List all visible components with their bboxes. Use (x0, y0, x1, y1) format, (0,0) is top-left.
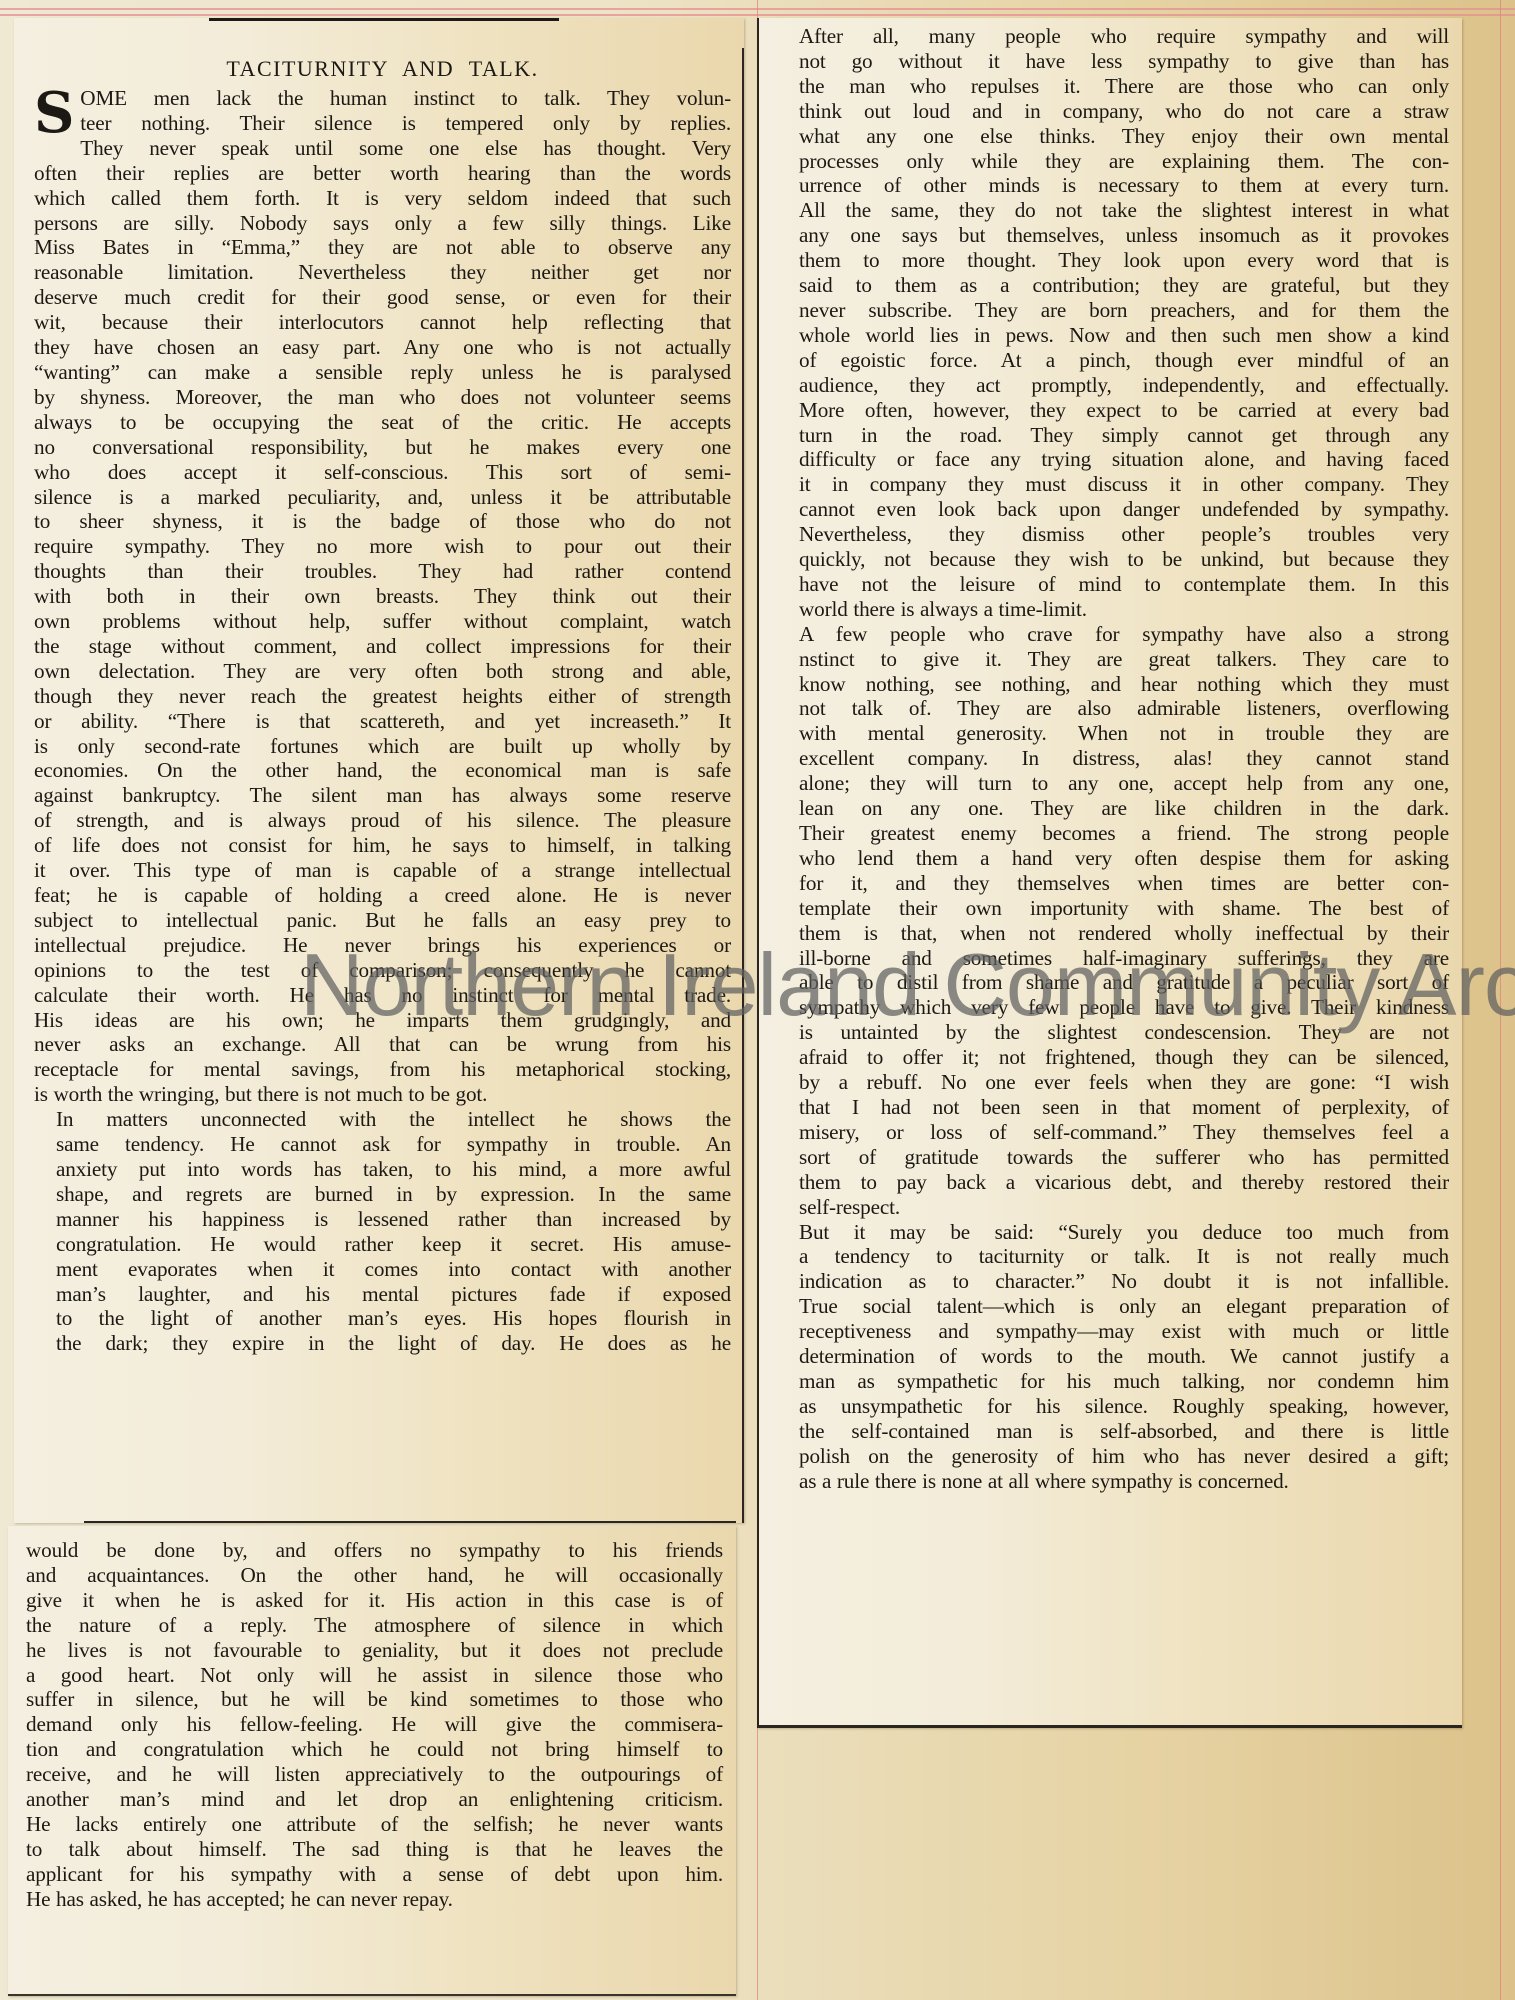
text-line: congratulation. He would rather keep it … (34, 1232, 731, 1257)
text-line: polish on the generosity of him who has … (777, 1444, 1449, 1469)
text-line: shape, and regrets are burned in by expr… (34, 1182, 731, 1207)
text-line: the self-contained man is self-absorbed,… (777, 1419, 1449, 1444)
text-line: opinions to the test of comparison; cons… (34, 958, 731, 983)
text-line: Miss Bates in “Emma,” they are not able … (34, 235, 731, 260)
text-line: never asks an exchange. All that can be … (34, 1032, 731, 1057)
text-line: require sympathy. They no more wish to p… (34, 534, 731, 559)
paragraph-continued: would be done by, and offers no sympathy… (26, 1538, 723, 1912)
text-line: lean on any one. They are like children … (777, 796, 1449, 821)
text-line: audience, they act promptly, independent… (777, 373, 1449, 398)
text-line: cannot even look back upon danger undefe… (777, 497, 1449, 522)
text-line: Nevertheless, they dismiss other people’… (777, 522, 1449, 547)
text-line: not talk of. They are also admirable lis… (777, 696, 1449, 721)
paragraph-3: After all, many people who require sympa… (777, 24, 1449, 622)
text-line: intellectual prejudice. He never brings … (34, 933, 731, 958)
text-line: own delectation. They are very often bot… (34, 659, 731, 684)
text-line: receptiveness and sympathy—may exist wit… (777, 1319, 1449, 1344)
text-line: always to be occupying the seat of the c… (34, 410, 731, 435)
text-line: the nature of a reply. The atmosphere of… (26, 1613, 723, 1638)
text-line: the dark; they expire in the light of da… (34, 1331, 731, 1356)
text-line: In matters unconnected with the intellec… (34, 1107, 731, 1132)
text-line: subject to intellectual panic. But he fa… (34, 908, 731, 933)
text-line: it over. This type of man is capable of … (34, 858, 731, 883)
text-line: what any one else thinks. They enjoy the… (777, 124, 1449, 149)
text-line: and acquaintances. On the other hand, he… (26, 1563, 723, 1588)
text-line: manner his happiness is lessened rather … (34, 1207, 731, 1232)
text-line: indication as to character.” No doubt it… (777, 1269, 1449, 1294)
text-line: would be done by, and offers no sympathy… (26, 1538, 723, 1563)
text-line: though they never reach the greatest hei… (34, 684, 731, 709)
clipping-right-column: After all, many people who require sympa… (757, 18, 1462, 1728)
text-line: teer nothing. Their silence is tempered … (34, 111, 731, 136)
text-line: More often, however, they expect to be c… (777, 398, 1449, 423)
text-line: difficulty or face any trying situation … (777, 447, 1449, 472)
text-line: no conversational responsibility, but he… (34, 435, 731, 460)
text-line: he lives is not favourable to geniality,… (26, 1638, 723, 1663)
text-line: the stage without comment, and collect i… (34, 634, 731, 659)
text-line: thoughts than their troubles. They had r… (34, 559, 731, 584)
text-line: deserve much credit for their good sense… (34, 285, 731, 310)
text-line: sort of gratitude towards the sufferer w… (777, 1145, 1449, 1170)
text-line: feat; he is capable of holding a creed a… (34, 883, 731, 908)
text-line: a tendency to taciturnity or talk. It is… (777, 1244, 1449, 1269)
text-line: by shyness. Moreover, the man who does n… (34, 385, 731, 410)
text-line: as unsympathetic for his silence. Roughl… (777, 1394, 1449, 1419)
text-line: have not the leisure of mind to contempl… (777, 572, 1449, 597)
ledger-line-right (1500, 0, 1501, 2000)
text-line: excellent company. In distress, alas! th… (777, 746, 1449, 771)
text-line: quickly, not because they wish to be unk… (777, 547, 1449, 572)
text-line: another man’s mind and let drop an enlig… (26, 1787, 723, 1812)
text-line: is untainted by the slightest condescens… (777, 1020, 1449, 1045)
text-line: sympathy which very few people have to g… (777, 995, 1449, 1020)
text-line: with both in their own breasts. They thi… (34, 584, 731, 609)
text-line: as a rule there is none at all where sym… (777, 1469, 1449, 1494)
text-line: often their replies are better worth hea… (34, 161, 731, 186)
text-line: urrence of other minds is necessary to t… (777, 173, 1449, 198)
article-title: TACITURNITY AND TALK. (34, 56, 731, 82)
text-line: man’s laughter, and his mental pictures … (34, 1282, 731, 1307)
text-line: nstinct to give it. They are great talke… (777, 647, 1449, 672)
text-line: suffer in silence, but he will be kind s… (26, 1687, 723, 1712)
text-line: man as sympathetic for his much talking,… (777, 1369, 1449, 1394)
text-line: All the same, they do not take the sligh… (777, 198, 1449, 223)
text-line: economies. On the other hand, the econom… (34, 758, 731, 783)
text-line: His ideas are his own; he imparts them g… (34, 1008, 731, 1033)
text-line: reasonable limitation. Nevertheless they… (34, 260, 731, 285)
text-line: or ability. “There is that scattereth, a… (34, 709, 731, 734)
text-line: alone; they will turn to any one, accept… (777, 771, 1449, 796)
text-line: same tendency. He cannot ask for sympath… (34, 1132, 731, 1157)
text-line: by a rebuff. No one ever feels when they… (777, 1070, 1449, 1095)
text-line: know nothing, see nothing, and hear noth… (777, 672, 1449, 697)
text-line: to sheer shyness, it is the badge of tho… (34, 509, 731, 534)
text-line: able to distil from shame and gratitude … (777, 970, 1449, 995)
text-line: of strength, and is always proud of his … (34, 808, 731, 833)
text-line: applicant for his sympathy with a sense … (26, 1862, 723, 1887)
text-line: determination of words to the mouth. We … (777, 1344, 1449, 1369)
text-line: them is that, when not rendered wholly i… (777, 921, 1449, 946)
text-line: of egoistic force. At a pinch, though ev… (777, 348, 1449, 373)
text-line: them to more thought. They look upon eve… (777, 248, 1449, 273)
text-line: afraid to offer it; not frightened, thou… (777, 1045, 1449, 1070)
clipping-left-column-top: TACITURNITY AND TALK. S OME men lack the… (14, 18, 744, 1523)
text-line: silence is a marked peculiarity, and, un… (34, 485, 731, 510)
text-line: wit, because their interlocutors cannot … (34, 310, 731, 335)
paragraph-2: In matters unconnected with the intellec… (34, 1107, 731, 1356)
paragraph-1: S OME men lack the human instinct to tal… (34, 86, 731, 1107)
text-line: misery, or loss of self-command.” They t… (777, 1120, 1449, 1145)
text-line: Their greatest enemy becomes a friend. T… (777, 821, 1449, 846)
text-line: processes only while they are explaining… (777, 149, 1449, 174)
text-line: of life does not consist for him, he say… (34, 833, 731, 858)
text-line: “wanting” can make a sensible reply unle… (34, 360, 731, 385)
text-line: He lacks entirely one attribute of the s… (26, 1812, 723, 1837)
text-line: tion and congratulation which he could n… (26, 1737, 723, 1762)
text-line: it in company they must discuss it in ot… (777, 472, 1449, 497)
paragraph-5: But it may be said: “Surely you deduce t… (777, 1220, 1449, 1494)
text-line: who does accept it self-conscious. This … (34, 460, 731, 485)
text-line: They never speak until some one else has… (34, 136, 731, 161)
text-line: they have chosen an easy part. Any one w… (34, 335, 731, 360)
text-line: receive, and he will listen appreciative… (26, 1762, 723, 1787)
text-line: whole world lies in pews. Now and then s… (777, 323, 1449, 348)
text-column-left-top: TACITURNITY AND TALK. S OME men lack the… (34, 56, 731, 1356)
text-line: OME men lack the human instinct to talk.… (34, 86, 731, 111)
text-line: demand only his fellow-feeling. He will … (26, 1712, 723, 1737)
text-line: any one says but themselves, unless inso… (777, 223, 1449, 248)
text-line: which called them forth. It is very seld… (34, 186, 731, 211)
paragraph-4: A few people who crave for sympathy have… (777, 622, 1449, 1220)
text-line: is worth the wringing, but there is not … (34, 1082, 731, 1107)
text-line: own problems without help, suffer withou… (34, 609, 731, 634)
text-line: to talk about himself. The sad thing is … (26, 1837, 723, 1862)
text-line: who lend them a hand very often despise … (777, 846, 1449, 871)
text-line: against bankruptcy. The silent man has a… (34, 783, 731, 808)
text-line: said to them as a contribution; they are… (777, 273, 1449, 298)
text-line: think out loud and in company, who do no… (777, 99, 1449, 124)
clipping-left-column-bottom: would be done by, and offers no sympathy… (8, 1526, 736, 1996)
header-rule (209, 18, 559, 21)
text-line: But it may be said: “Surely you deduce t… (777, 1220, 1449, 1245)
column-rule (742, 48, 744, 1523)
text-line: calculate their worth. He has no instinc… (34, 983, 731, 1008)
text-line: that I had not been seen in that moment … (777, 1095, 1449, 1120)
text-line: anxiety put into words has taken, to his… (34, 1157, 731, 1182)
text-line: the man who repulses it. There are those… (777, 74, 1449, 99)
text-column-right: After all, many people who require sympa… (777, 24, 1449, 1493)
text-line: receptacle for mental savings, from his … (34, 1057, 731, 1082)
footer-rule (84, 1521, 736, 1523)
text-line: ment evaporates when it comes into conta… (34, 1257, 731, 1282)
text-line: give it when he is asked for it. His act… (26, 1588, 723, 1613)
text-line: persons are silly. Nobody says only a fe… (34, 211, 731, 236)
text-line: for it, and they themselves when times a… (777, 871, 1449, 896)
text-line: self-respect. (777, 1195, 1449, 1220)
text-line: ill-borne and sometimes half-imaginary s… (777, 946, 1449, 971)
text-line: them to pay back a vicarious debt, and t… (777, 1170, 1449, 1195)
text-line: with mental generosity. When not in trou… (777, 721, 1449, 746)
text-line: a good heart. Not only will he assist in… (26, 1663, 723, 1688)
text-line: world there is always a time-limit. (777, 597, 1449, 622)
text-line: A few people who crave for sympathy have… (777, 622, 1449, 647)
text-column-left-bottom: would be done by, and offers no sympathy… (26, 1538, 723, 1912)
drop-cap: S (34, 90, 74, 136)
text-line: to the light of another man’s eyes. His … (34, 1306, 731, 1331)
text-line: turn in the road. They simply cannot get… (777, 423, 1449, 448)
text-line: never subscribe. They are born preachers… (777, 298, 1449, 323)
text-line: template their own importunity with sham… (777, 896, 1449, 921)
text-line: After all, many people who require sympa… (777, 24, 1449, 49)
text-line: True social talent—which is only an eleg… (777, 1294, 1449, 1319)
text-line: not go without it have less sympathy to … (777, 49, 1449, 74)
text-line: is only second-rate fortunes which are b… (34, 734, 731, 759)
text-line: He has asked, he has accepted; he can ne… (26, 1887, 723, 1912)
